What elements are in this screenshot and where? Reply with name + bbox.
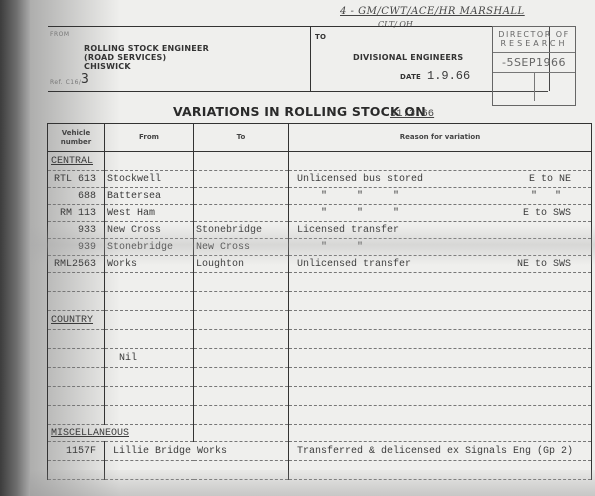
date-value: 1.9.66 [427, 69, 470, 83]
vehicle-number [48, 349, 105, 368]
section-row-country: COUNTRY [48, 311, 592, 330]
from-cell: West Ham [105, 205, 194, 222]
reason-cell: " " [289, 239, 592, 256]
section-row-miscellaneous: MISCELLANEOUS [48, 425, 592, 442]
to-cell: Stonebridge [194, 222, 289, 239]
header-from: From [105, 124, 194, 152]
table-row: 933 New Cross Stonebridge Licensed trans… [48, 222, 592, 239]
to-cell [194, 171, 289, 188]
reason-text: Unlicensed bus stored [297, 174, 423, 185]
vehicle-number: 933 [48, 222, 105, 239]
vehicle-number: RTL 613 [48, 171, 105, 188]
from-cell: Battersea [105, 188, 194, 205]
from-cell: New Cross [105, 222, 194, 239]
section-label-miscellaneous: MISCELLANEOUS [48, 425, 194, 442]
reason-text: Licensed transfer [297, 225, 399, 236]
ref-label: Ref. C16/ [50, 79, 81, 86]
table-row: 1157F Lillie Bridge Works Transferred & … [48, 442, 592, 461]
transfer-text: E to NE [529, 174, 571, 185]
section-label-country: COUNTRY [48, 311, 105, 330]
received-stamp: DIRECTOR OF RESEARCH -5SEP1966 [492, 26, 576, 106]
blank-row [48, 406, 592, 425]
transfer-text: E to SWS [523, 208, 571, 219]
from-line-2: (ROAD SERVICES) [84, 53, 166, 62]
transfer-text: " " [531, 191, 571, 202]
table-row: RM 113 West Ham " " "E to SWS [48, 205, 592, 222]
table-row: RML2563 Works Loughton Unlicensed transf… [48, 256, 592, 273]
reason-text: " " " [297, 208, 399, 219]
to-cell [194, 205, 289, 222]
to-label: TO [315, 33, 326, 41]
paper-bottom-shadow [30, 470, 595, 496]
ref-number: 3 [81, 72, 89, 87]
to-cell: New Cross [194, 239, 289, 256]
variations-table: Vehicle number From To Reason for variat… [47, 123, 592, 480]
header-reason: Reason for variation [289, 124, 592, 152]
blank-row [48, 273, 592, 292]
from-line-3: CHISWICK [84, 62, 131, 71]
from-cell: Stonebridge [105, 239, 194, 256]
stamp-grid [493, 73, 575, 101]
stamp-line-1: DIRECTOR OF [493, 30, 575, 39]
blank-row [48, 387, 592, 406]
table-row: 939 Stonebridge New Cross " " [48, 239, 592, 256]
from-cell: Nil [105, 349, 194, 368]
reason-cell: Unlicensed transferNE to SWS [289, 256, 592, 273]
reason-cell: Unlicensed bus storedE to NE [289, 171, 592, 188]
vehicle-number: 939 [48, 239, 105, 256]
vehicle-number: RML2563 [48, 256, 105, 273]
reason-cell: " " "E to SWS [289, 205, 592, 222]
reason-cell: Licensed transfer [289, 222, 592, 239]
book-spine-shadow [0, 0, 30, 496]
section-label-central: CENTRAL [48, 152, 105, 171]
header-to: To [194, 124, 289, 152]
stamp-line-2: RESEARCH [493, 39, 575, 48]
title-date: 31.3.66 [390, 108, 434, 120]
table-row: RTL 613 Stockwell Unlicensed bus storedE… [48, 171, 592, 188]
handwritten-distribution-note: 4 - GM/CWT/ACE/HR MARSHALL [340, 6, 525, 17]
to-cell [194, 188, 289, 205]
transfer-text: NE to SWS [517, 259, 571, 270]
table-row: 688 Battersea " " "" " [48, 188, 592, 205]
from-label: FROM [50, 31, 70, 38]
reason-cell: " " "" " [289, 188, 592, 205]
vehicle-number: 1157F [48, 442, 105, 461]
vehicle-number: RM 113 [48, 205, 105, 222]
memo-header: FROM ROLLING STOCK ENGINEER (ROAD SERVIC… [48, 26, 548, 92]
date-label: DATE [400, 73, 421, 81]
section-row-central: CENTRAL [48, 152, 592, 171]
from-cell: Works [105, 256, 194, 273]
blank-row [48, 368, 592, 387]
from-cell: Stockwell [105, 171, 194, 188]
header-vehicle-number: Vehicle number [48, 124, 105, 152]
blank-row [48, 292, 592, 311]
from-cell: Lillie Bridge Works [105, 442, 289, 461]
vehicle-number: 688 [48, 188, 105, 205]
table-header-row: Vehicle number From To Reason for variat… [48, 124, 592, 152]
reason-cell [289, 349, 592, 368]
from-section: FROM ROLLING STOCK ENGINEER (ROAD SERVIC… [48, 27, 310, 91]
reason-cell: Transferred & delicensed ex Signals Eng … [289, 442, 592, 461]
to-cell [194, 349, 289, 368]
to-value: DIVISIONAL ENGINEERS [353, 53, 463, 62]
blank-row [48, 330, 592, 349]
table-row: Nil [48, 349, 592, 368]
reason-text: " " [297, 242, 363, 253]
reason-text: Unlicensed transfer [297, 259, 411, 270]
reason-text: " " " [297, 191, 399, 202]
from-line-1: ROLLING STOCK ENGINEER [84, 44, 209, 53]
stamp-date: -5SEP1966 [493, 52, 575, 73]
page-title: VARIATIONS IN ROLLING STOCK ON [173, 104, 426, 119]
to-cell: Loughton [194, 256, 289, 273]
